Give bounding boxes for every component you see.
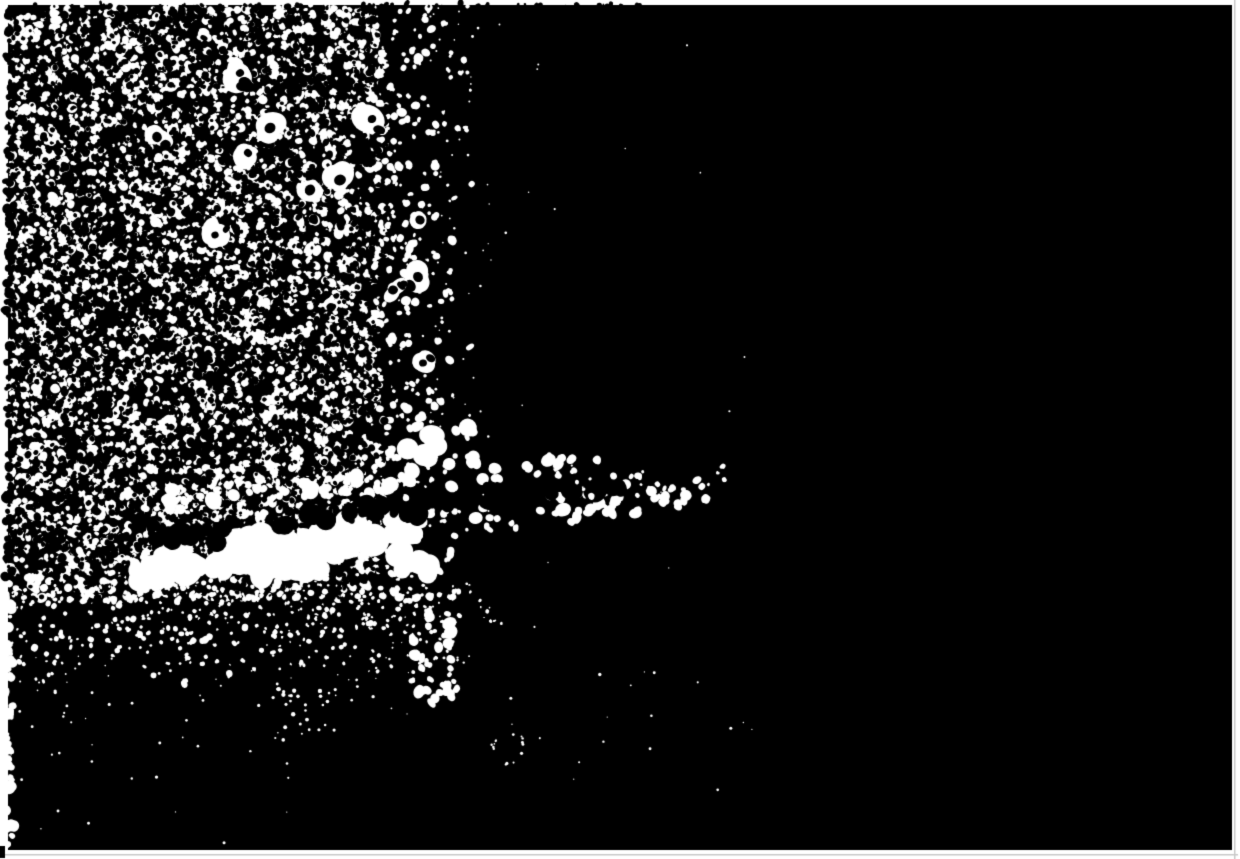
micrograph-canvas [0, 0, 1240, 859]
micrograph-figure [0, 0, 1240, 859]
